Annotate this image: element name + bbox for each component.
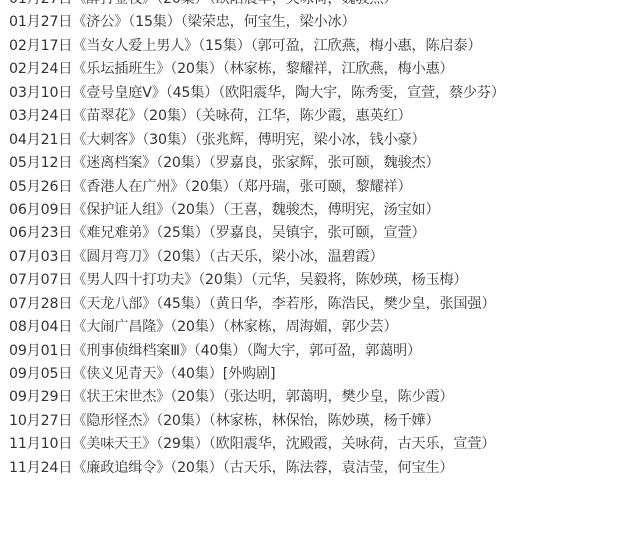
drama-title: 《保护证人组》 xyxy=(72,202,170,218)
episode-count: （45集） xyxy=(156,296,209,312)
list-item: 07月03日《圆月弯刀》（20集）（古天乐，梁小冰，温碧霞） xyxy=(9,246,505,269)
list-item: 01月27日《醉打金枝》（20集）（欧阳震华，关咏荷，魏骏杰） xyxy=(9,0,505,11)
episode-count: （29集） xyxy=(156,436,209,452)
episode-count: （20集） xyxy=(156,413,209,429)
air-date: 07月03日 xyxy=(9,249,72,265)
drama-title: 《济公》 xyxy=(72,14,128,30)
list-item: 07月07日《男人四十打功夫》（20集）（元华，吴毅将，陈妙瑛，杨玉梅） xyxy=(9,269,505,292)
cast: （郑丹瑞，张可颐，黎耀祥） xyxy=(237,179,412,195)
list-item: 11月10日《美味天王》（29集）（欧阳震华，沈殿霞，关咏荷，古天乐，宣萱） xyxy=(9,433,505,456)
air-date: 04月21日 xyxy=(9,132,72,148)
episode-count: （20集） xyxy=(170,61,223,77)
cast: （欧阳震华，陶大宇，陈秀雯，宣萱，蔡少芬） xyxy=(218,85,505,101)
episode-count: （25集） xyxy=(156,225,209,241)
episode-count: （20集） xyxy=(156,249,209,265)
list-item: 09月29日《状王宋世杰》（20集）（张达明，郭蔼明，樊少皇，陈少霞） xyxy=(9,386,505,409)
drama-title: 《廉政追缉令》 xyxy=(72,460,170,476)
drama-title: 《侠义见青天》 xyxy=(72,366,170,382)
air-date: 05月26日 xyxy=(9,179,72,195)
air-date: 08月04日 xyxy=(9,319,72,335)
list-item: 09月05日《侠义见青天》（40集）[外购剧] xyxy=(9,363,505,386)
cast: （罗嘉良，吴镇宇，张可颐，宣萱） xyxy=(209,225,426,241)
cast: （罗嘉良，张家辉，张可颐，魏骏杰） xyxy=(209,155,440,171)
cast: （古天乐，陈法蓉，袁洁莹，何宝生） xyxy=(223,460,454,476)
drama-schedule-list: 01月27日《醉打金枝》（20集）（欧阳震华，关咏荷，魏骏杰） 01月27日《济… xyxy=(9,0,505,480)
list-item: 01月27日《济公》（15集）（梁荣忠，何宝生，梁小冰） xyxy=(9,11,505,34)
cast: （张兆辉，傅明宪，梁小冰，钱小豪） xyxy=(195,132,426,148)
drama-title: 《美味天王》 xyxy=(72,436,156,452)
air-date: 07月28日 xyxy=(9,296,72,312)
air-date: 01月27日 xyxy=(9,14,72,30)
list-item: 05月12日《迷离档案》（20集）（罗嘉良，张家辉，张可颐，魏骏杰） xyxy=(9,152,505,175)
drama-title: 《香港人在广州》 xyxy=(72,179,184,195)
list-item: 10月27日《隐形怪杰》（20集）（林家栋，林保怡，陈妙瑛，杨千嬅） xyxy=(9,410,505,433)
drama-title: 《当女人爱上男人》 xyxy=(72,38,198,54)
air-date: 07月07日 xyxy=(9,272,72,288)
episode-count: （20集） xyxy=(156,155,209,171)
episode-count: （20集） xyxy=(156,0,209,7)
drama-title: 《难兄难弟》 xyxy=(72,225,156,241)
air-date: 02月24日 xyxy=(9,61,72,77)
episode-count: （20集） xyxy=(170,389,223,405)
drama-title: 《男人四十打功夫》 xyxy=(72,272,198,288)
air-date: 01月27日 xyxy=(9,0,72,7)
drama-title: 《迷离档案》 xyxy=(72,155,156,171)
list-item: 11月24日《廉政追缉令》（20集）（古天乐，陈法蓉，袁洁莹，何宝生） xyxy=(9,457,505,480)
episode-count: （15集） xyxy=(128,14,181,30)
cast: （郭可盈，江欣燕，梅小惠，陈启泰） xyxy=(251,38,482,54)
list-item: 06月23日《难兄难弟》（25集）（罗嘉良，吴镇宇，张可颐，宣萱） xyxy=(9,222,505,245)
drama-title: 《隐形怪杰》 xyxy=(72,413,156,429)
drama-title: 《大刺客》 xyxy=(72,132,142,148)
air-date: 06月09日 xyxy=(9,202,72,218)
episode-count: （45集） xyxy=(166,85,219,101)
cast: （梁荣忠，何宝生，梁小冰） xyxy=(181,14,356,30)
air-date: 09月01日 xyxy=(9,343,72,359)
drama-title: 《圆月弯刀》 xyxy=(72,249,156,265)
list-item: 09月01日《刑事侦缉档案Ⅲ》（40集）（陶大宇，郭可盈，郭蔼明） xyxy=(9,340,505,363)
air-date: 06月23日 xyxy=(9,225,72,241)
air-date: 03月24日 xyxy=(9,108,72,124)
cast: （黄日华，李若彤，陈浩民，樊少皇，张国强） xyxy=(209,296,496,312)
list-item: 06月09日《保护证人组》（20集）（王喜，魏骏杰，傅明宪，汤宝如） xyxy=(9,199,505,222)
episode-count: （20集） xyxy=(170,202,223,218)
episode-count: （20集） xyxy=(184,179,237,195)
cast: （陶大宇，郭可盈，郭蔼明） xyxy=(246,343,421,359)
cast: （欧阳震华，关咏荷，魏骏杰） xyxy=(209,0,398,7)
list-item: 02月24日《乐坛插班生》（20集）（林家栋，黎耀祥，江欣燕，梅小惠） xyxy=(9,58,505,81)
cast: （王喜，魏骏杰，傅明宪，汤宝如） xyxy=(223,202,440,218)
episode-count: （40集） xyxy=(170,366,223,382)
cast: （张达明，郭蔼明，樊少皇，陈少霞） xyxy=(223,389,454,405)
drama-title: 《天龙八部》 xyxy=(72,296,156,312)
episode-count: （40集） xyxy=(194,343,247,359)
cast: （林家栋，林保怡，陈妙瑛，杨千嬅） xyxy=(209,413,440,429)
cast: （林家栋，黎耀祥，江欣燕，梅小惠） xyxy=(223,61,454,77)
drama-title: 《状王宋世杰》 xyxy=(72,389,170,405)
episode-count: （30集） xyxy=(142,132,195,148)
air-date: 09月05日 xyxy=(9,366,72,382)
cast: （欧阳震华，沈殿霞，关咏荷，古天乐，宣萱） xyxy=(209,436,496,452)
drama-title: 《苗翠花》 xyxy=(72,108,142,124)
episode-count: （20集） xyxy=(170,319,223,335)
air-date: 11月24日 xyxy=(9,460,72,476)
drama-title: 《乐坛插班生》 xyxy=(72,61,170,77)
list-item: 04月21日《大刺客》（30集）（张兆辉，傅明宪，梁小冰，钱小豪） xyxy=(9,129,505,152)
air-date: 11月10日 xyxy=(9,436,72,452)
drama-title: 《刑事侦缉档案Ⅲ》 xyxy=(72,343,193,359)
list-item: 03月10日《壹号皇庭Ⅴ》（45集）（欧阳震华，陶大宇，陈秀雯，宣萱，蔡少芬） xyxy=(9,82,505,105)
drama-title: 《大闹广昌隆》 xyxy=(72,319,170,335)
episode-count: （15集） xyxy=(198,38,251,54)
episode-count: （20集） xyxy=(198,272,251,288)
cast: （古天乐，梁小冰，温碧霞） xyxy=(209,249,384,265)
list-item: 02月17日《当女人爱上男人》（15集）（郭可盈，江欣燕，梅小惠，陈启泰） xyxy=(9,35,505,58)
air-date: 10月27日 xyxy=(9,413,72,429)
cast: （关咏荷，江华，陈少霞，惠英红） xyxy=(195,108,412,124)
note: [外购剧] xyxy=(223,366,276,382)
air-date: 02月17日 xyxy=(9,38,72,54)
cast: （林家栋，周海媚，郭少芸） xyxy=(223,319,398,335)
list-item: 07月28日《天龙八部》（45集）（黄日华，李若彤，陈浩民，樊少皇，张国强） xyxy=(9,293,505,316)
episode-count: （20集） xyxy=(170,460,223,476)
air-date: 05月12日 xyxy=(9,155,72,171)
list-item: 08月04日《大闹广昌隆》（20集）（林家栋，周海媚，郭少芸） xyxy=(9,316,505,339)
air-date: 09月29日 xyxy=(9,389,72,405)
list-item: 03月24日《苗翠花》（20集）（关咏荷，江华，陈少霞，惠英红） xyxy=(9,105,505,128)
air-date: 03月10日 xyxy=(9,85,72,101)
cast: （元华，吴毅将，陈妙瑛，杨玉梅） xyxy=(251,272,468,288)
drama-title: 《壹号皇庭Ⅴ》 xyxy=(72,85,165,101)
episode-count: （20集） xyxy=(142,108,195,124)
drama-title: 《醉打金枝》 xyxy=(72,0,156,7)
list-item: 05月26日《香港人在广州》（20集）（郑丹瑞，张可颐，黎耀祥） xyxy=(9,176,505,199)
